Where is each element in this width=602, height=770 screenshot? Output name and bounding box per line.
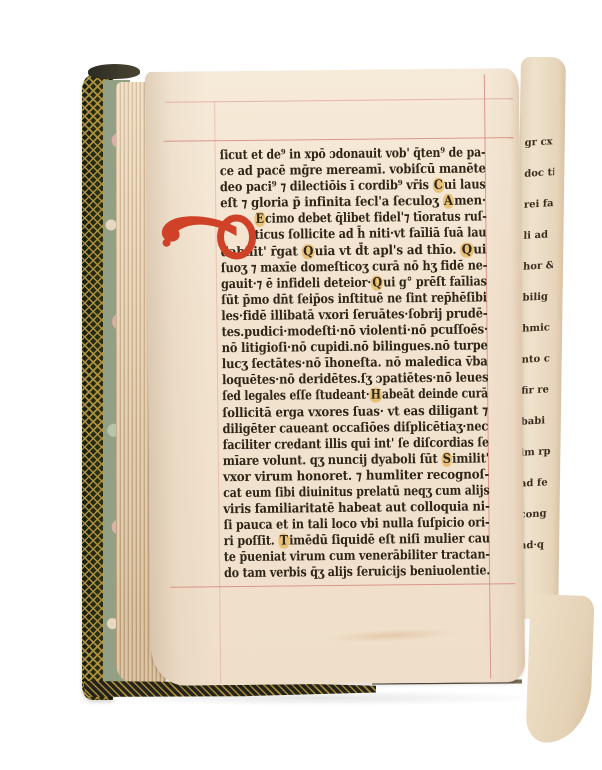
binding-top-cap xyxy=(88,63,140,80)
adjacent-page-text-fragment: gr cx xyxy=(525,127,555,159)
yellow-washed-capital: Q xyxy=(460,242,473,257)
page-stain xyxy=(327,626,457,644)
ruling-line-bottom xyxy=(170,583,515,588)
adjacent-page-text-fragment: hor & xyxy=(523,250,553,283)
yellow-washed-capital: S xyxy=(441,452,452,467)
adjacent-page-lower-curl xyxy=(525,594,594,744)
yellow-washed-capital: T xyxy=(278,534,289,549)
adjacent-page-text-fragment: rei fa xyxy=(524,188,554,221)
adjacent-page-text-fragment: li ad xyxy=(523,219,553,252)
adjacent-page-text-fragment: fir re xyxy=(521,374,551,407)
text-line: do tam verbis q̄ʒ alijs ſeruicijs beniuo… xyxy=(224,564,452,582)
adjacent-page-text-fragment: im rp xyxy=(520,436,550,469)
yellow-washed-capital: H xyxy=(369,388,382,403)
ruling-line-top-inner xyxy=(164,137,514,142)
adjacent-page-text-fragment: babi xyxy=(521,405,551,438)
adjacent-page-text-fragment: nto c xyxy=(521,343,551,376)
adjacent-page-text-fragment: doc ti xyxy=(524,157,554,190)
text-block: ſicut et de⁹ in xpō ɔdonauit vob' q̄ten⁹… xyxy=(220,145,491,582)
yellow-washed-capital: Q xyxy=(302,244,315,259)
yellow-washed-capital: Q xyxy=(371,275,383,290)
rubricated-initial-D xyxy=(156,211,257,264)
adjacent-page-text-column: gr cxdoc tirei fali adhor &bilighmicnto … xyxy=(519,127,555,561)
adjacent-page-text-fragment: cong xyxy=(519,498,549,531)
adjacent-page-text-fragment: bilig xyxy=(522,281,552,314)
adjacent-page-text-fragment: ad fe xyxy=(520,467,550,500)
main-page: ſicut et de⁹ in xpō ɔdonauit vob' q̄ten⁹… xyxy=(145,68,525,686)
ruling-line-top-outer xyxy=(165,98,513,103)
yellow-washed-capital: A xyxy=(443,194,455,209)
yellow-washed-capital: C xyxy=(432,178,444,193)
book-photo: gr cxdoc tirei fali adhor &bilighmicnto … xyxy=(0,0,602,770)
adjacent-page-text-fragment: hmic xyxy=(522,312,552,345)
